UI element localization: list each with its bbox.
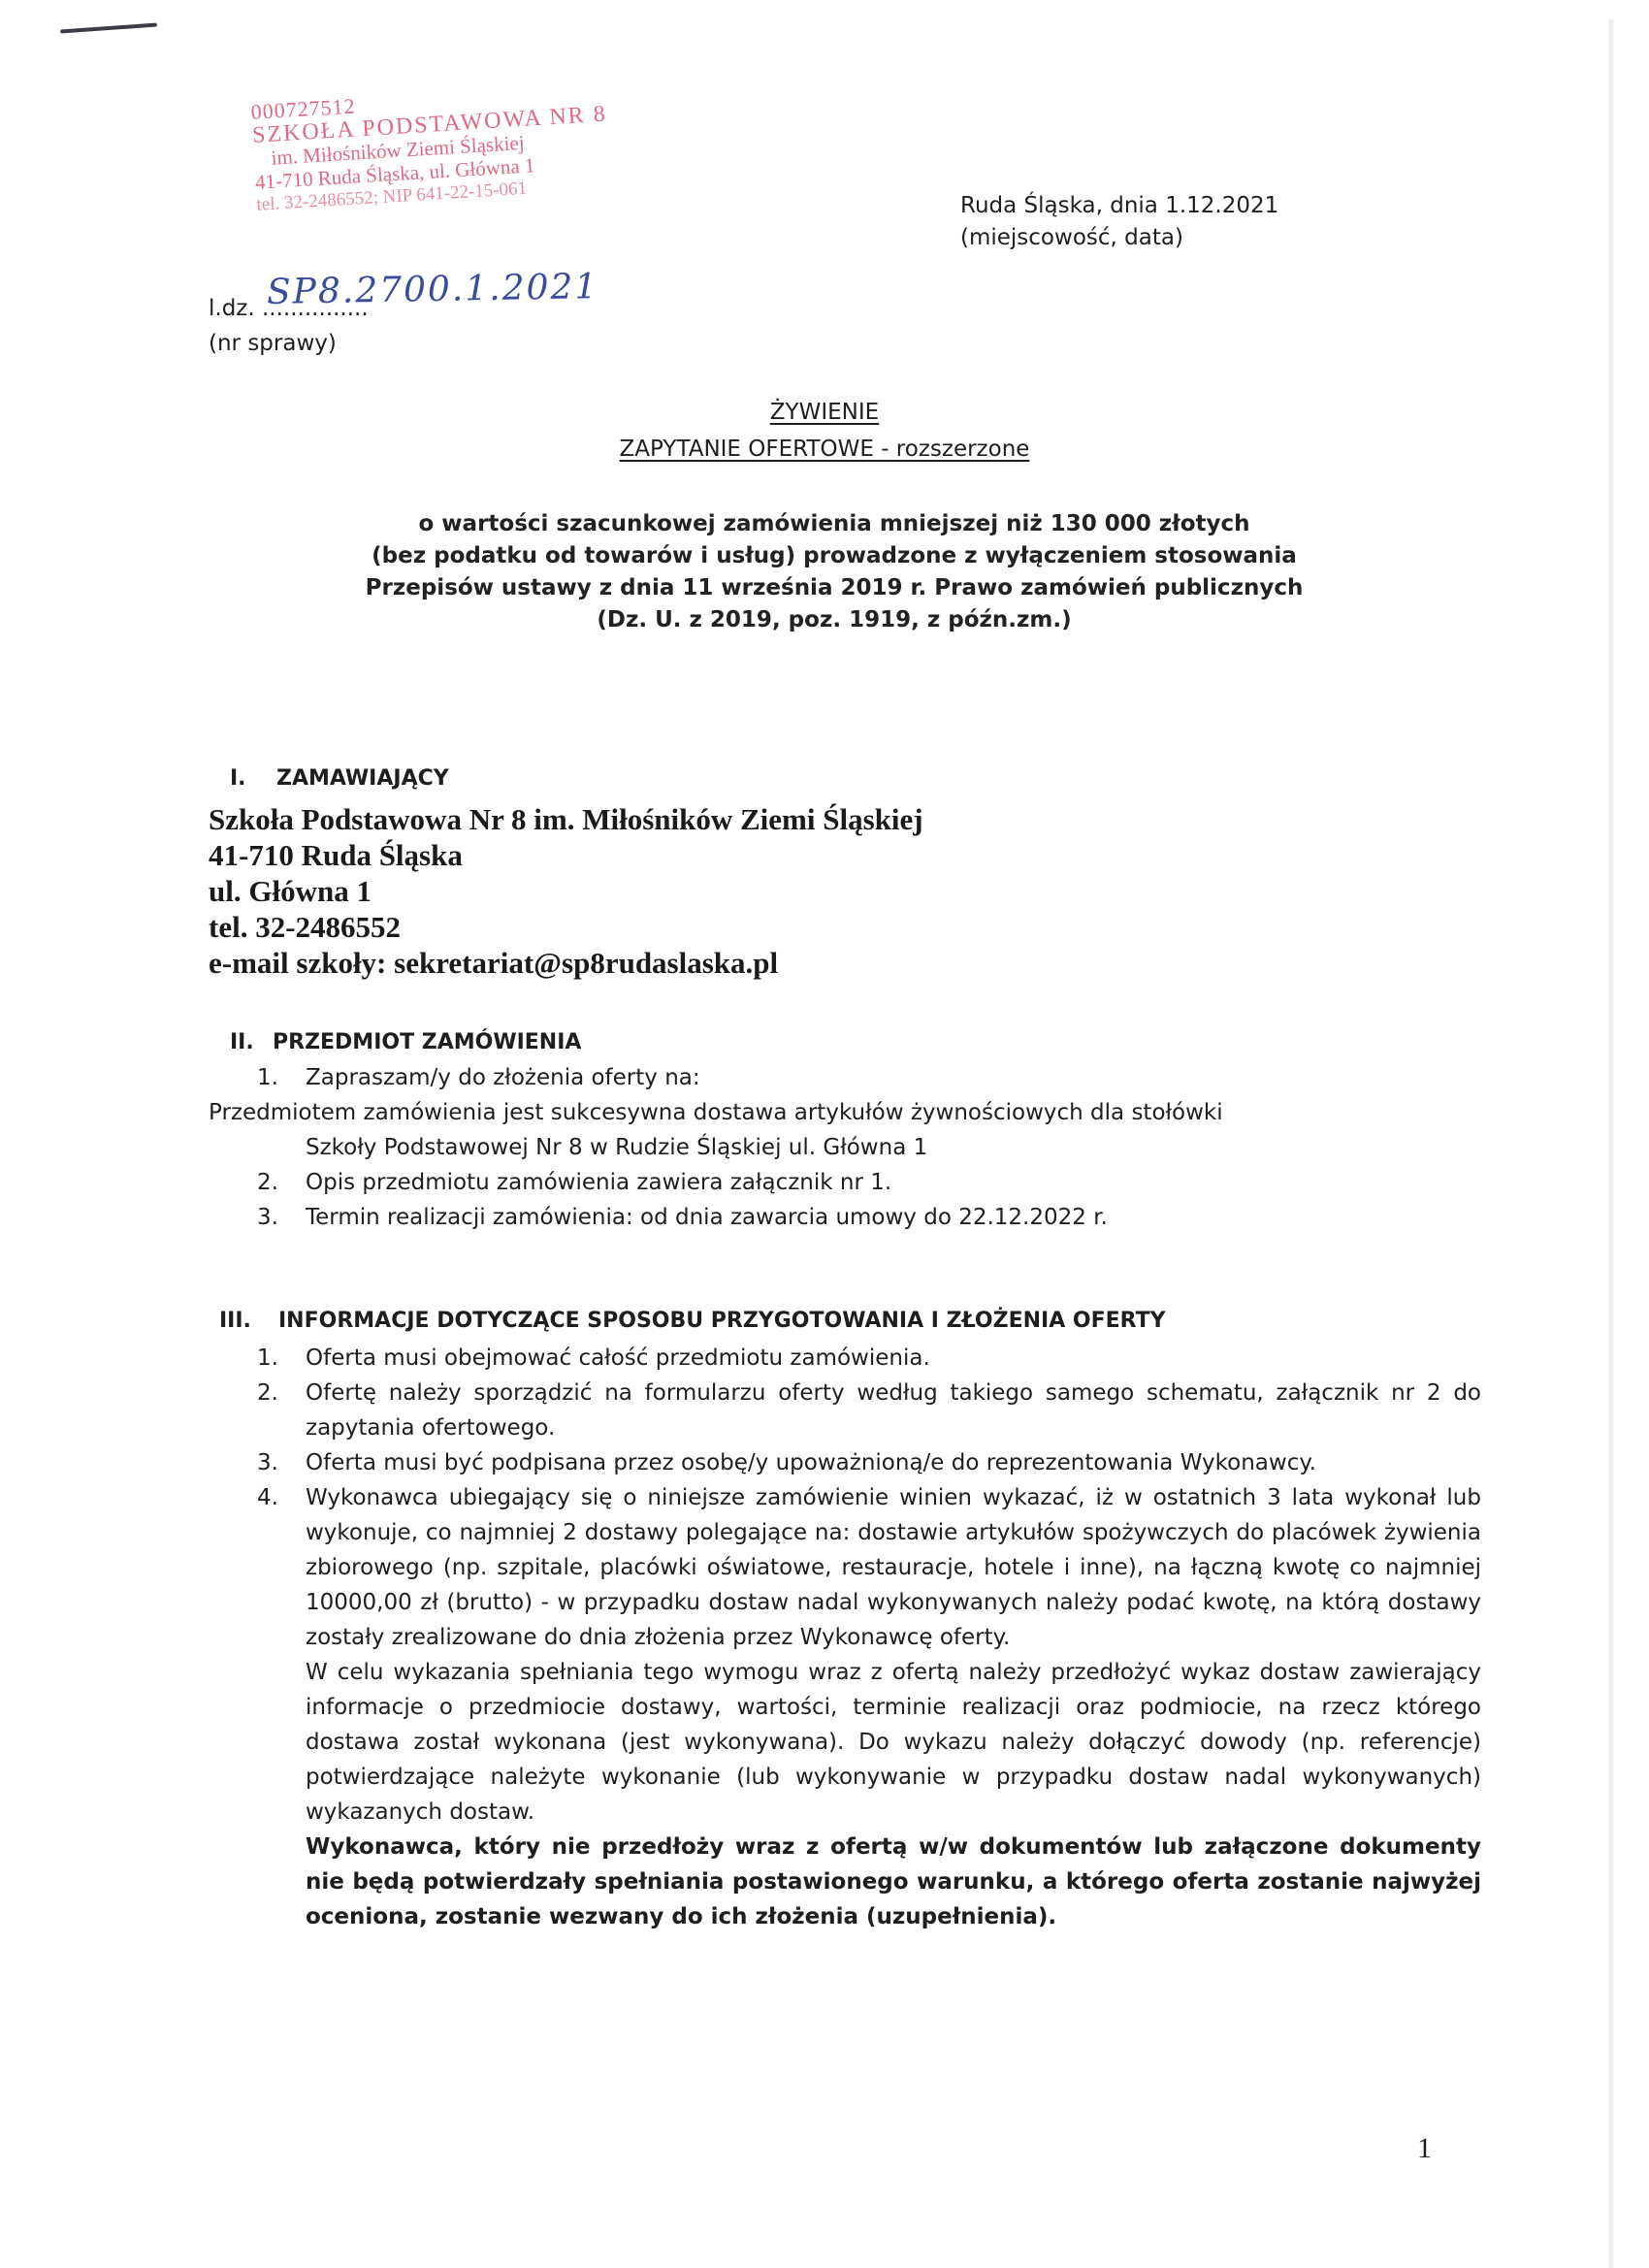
orderer-phone: tel. 32-2486552 <box>209 909 923 945</box>
intro-paragraph: o wartości szacunkowej zamówienia mniejs… <box>291 508 1377 636</box>
doc-title-line1: ŻYWIENIE <box>0 400 1649 425</box>
scan-page-edge <box>1608 19 1614 2268</box>
section-heading-subject: II.PRZEDMIOT ZAMÓWIENIA <box>230 1030 581 1054</box>
orderer-street: ul. Główna 1 <box>209 873 923 909</box>
list-item: 3.Oferta musi być podpisana przez osobę/… <box>257 1445 1481 1480</box>
list-item: 2.Ofertę należy sporządzić na formularzu… <box>257 1376 1481 1445</box>
section-heading-offer-info: III.INFORMACJE DOTYCZĄCE SPOSOBU PRZYGOT… <box>219 1309 1166 1333</box>
pen-stroke-mark <box>60 23 157 34</box>
list-item: 2.Opis przedmiotu zamówienia zawiera zał… <box>257 1165 1324 1200</box>
list-item: 1.Zapraszam/y do złożenia oferty na: <box>257 1060 1324 1095</box>
place-date-block: Ruda Śląska, dnia 1.12.2021 (miejscowość… <box>960 190 1278 254</box>
list-item: 1.Oferta musi obejmować całość przedmiot… <box>257 1341 1481 1376</box>
supplement-warning-paragraph: Wykonawca, który nie przedłoży wraz z of… <box>257 1830 1481 1934</box>
school-stamp: 000727512 SZKOŁA PODSTAWOWA NR 8 im. Mił… <box>250 80 612 217</box>
case-number-block: l.dz. ............... (nr sprawy) <box>209 291 369 361</box>
place-date: Ruda Śląska, dnia 1.12.2021 <box>960 190 1278 222</box>
orderer-email: e-mail szkoły: sekretariat@sp8rudaslaska… <box>209 945 923 981</box>
orderer-details: Szkoła Podstawowa Nr 8 im. Miłośników Zi… <box>209 801 923 981</box>
ldz-dots: ............... <box>262 296 369 321</box>
ldz-label: l.dz. <box>209 296 255 321</box>
section-heading-orderer: I.ZAMAWIAJĄCY <box>230 766 449 791</box>
subject-description: Przedmiotem zamówienia jest sukcesywna d… <box>209 1095 1324 1130</box>
subject-description-cont: Szkoły Podstawowej Nr 8 w Rudzie Śląskie… <box>257 1130 1324 1165</box>
case-caption: (nr sprawy) <box>209 326 369 361</box>
offer-info-list: 1.Oferta musi obejmować całość przedmiot… <box>257 1341 1481 1934</box>
subject-list: 1.Zapraszam/y do złożenia oferty na: Prz… <box>257 1060 1324 1235</box>
doc-title-line2: ZAPYTANIE OFERTOWE - rozszerzone <box>0 437 1649 462</box>
orderer-name: Szkoła Podstawowa Nr 8 im. Miłośników Zi… <box>209 801 923 837</box>
list-item: 3.Termin realizacji zamówienia: od dnia … <box>257 1200 1324 1235</box>
list-item: 4.Wykonawca ubiegający się o niniejsze z… <box>257 1480 1481 1655</box>
page-number: 1 <box>1417 2132 1432 2165</box>
orderer-city: 41-710 Ruda Śląska <box>209 837 923 873</box>
place-date-caption: (miejscowość, data) <box>960 222 1278 254</box>
evidence-paragraph: W celu wykazania spełniania tego wymogu … <box>257 1655 1481 1830</box>
